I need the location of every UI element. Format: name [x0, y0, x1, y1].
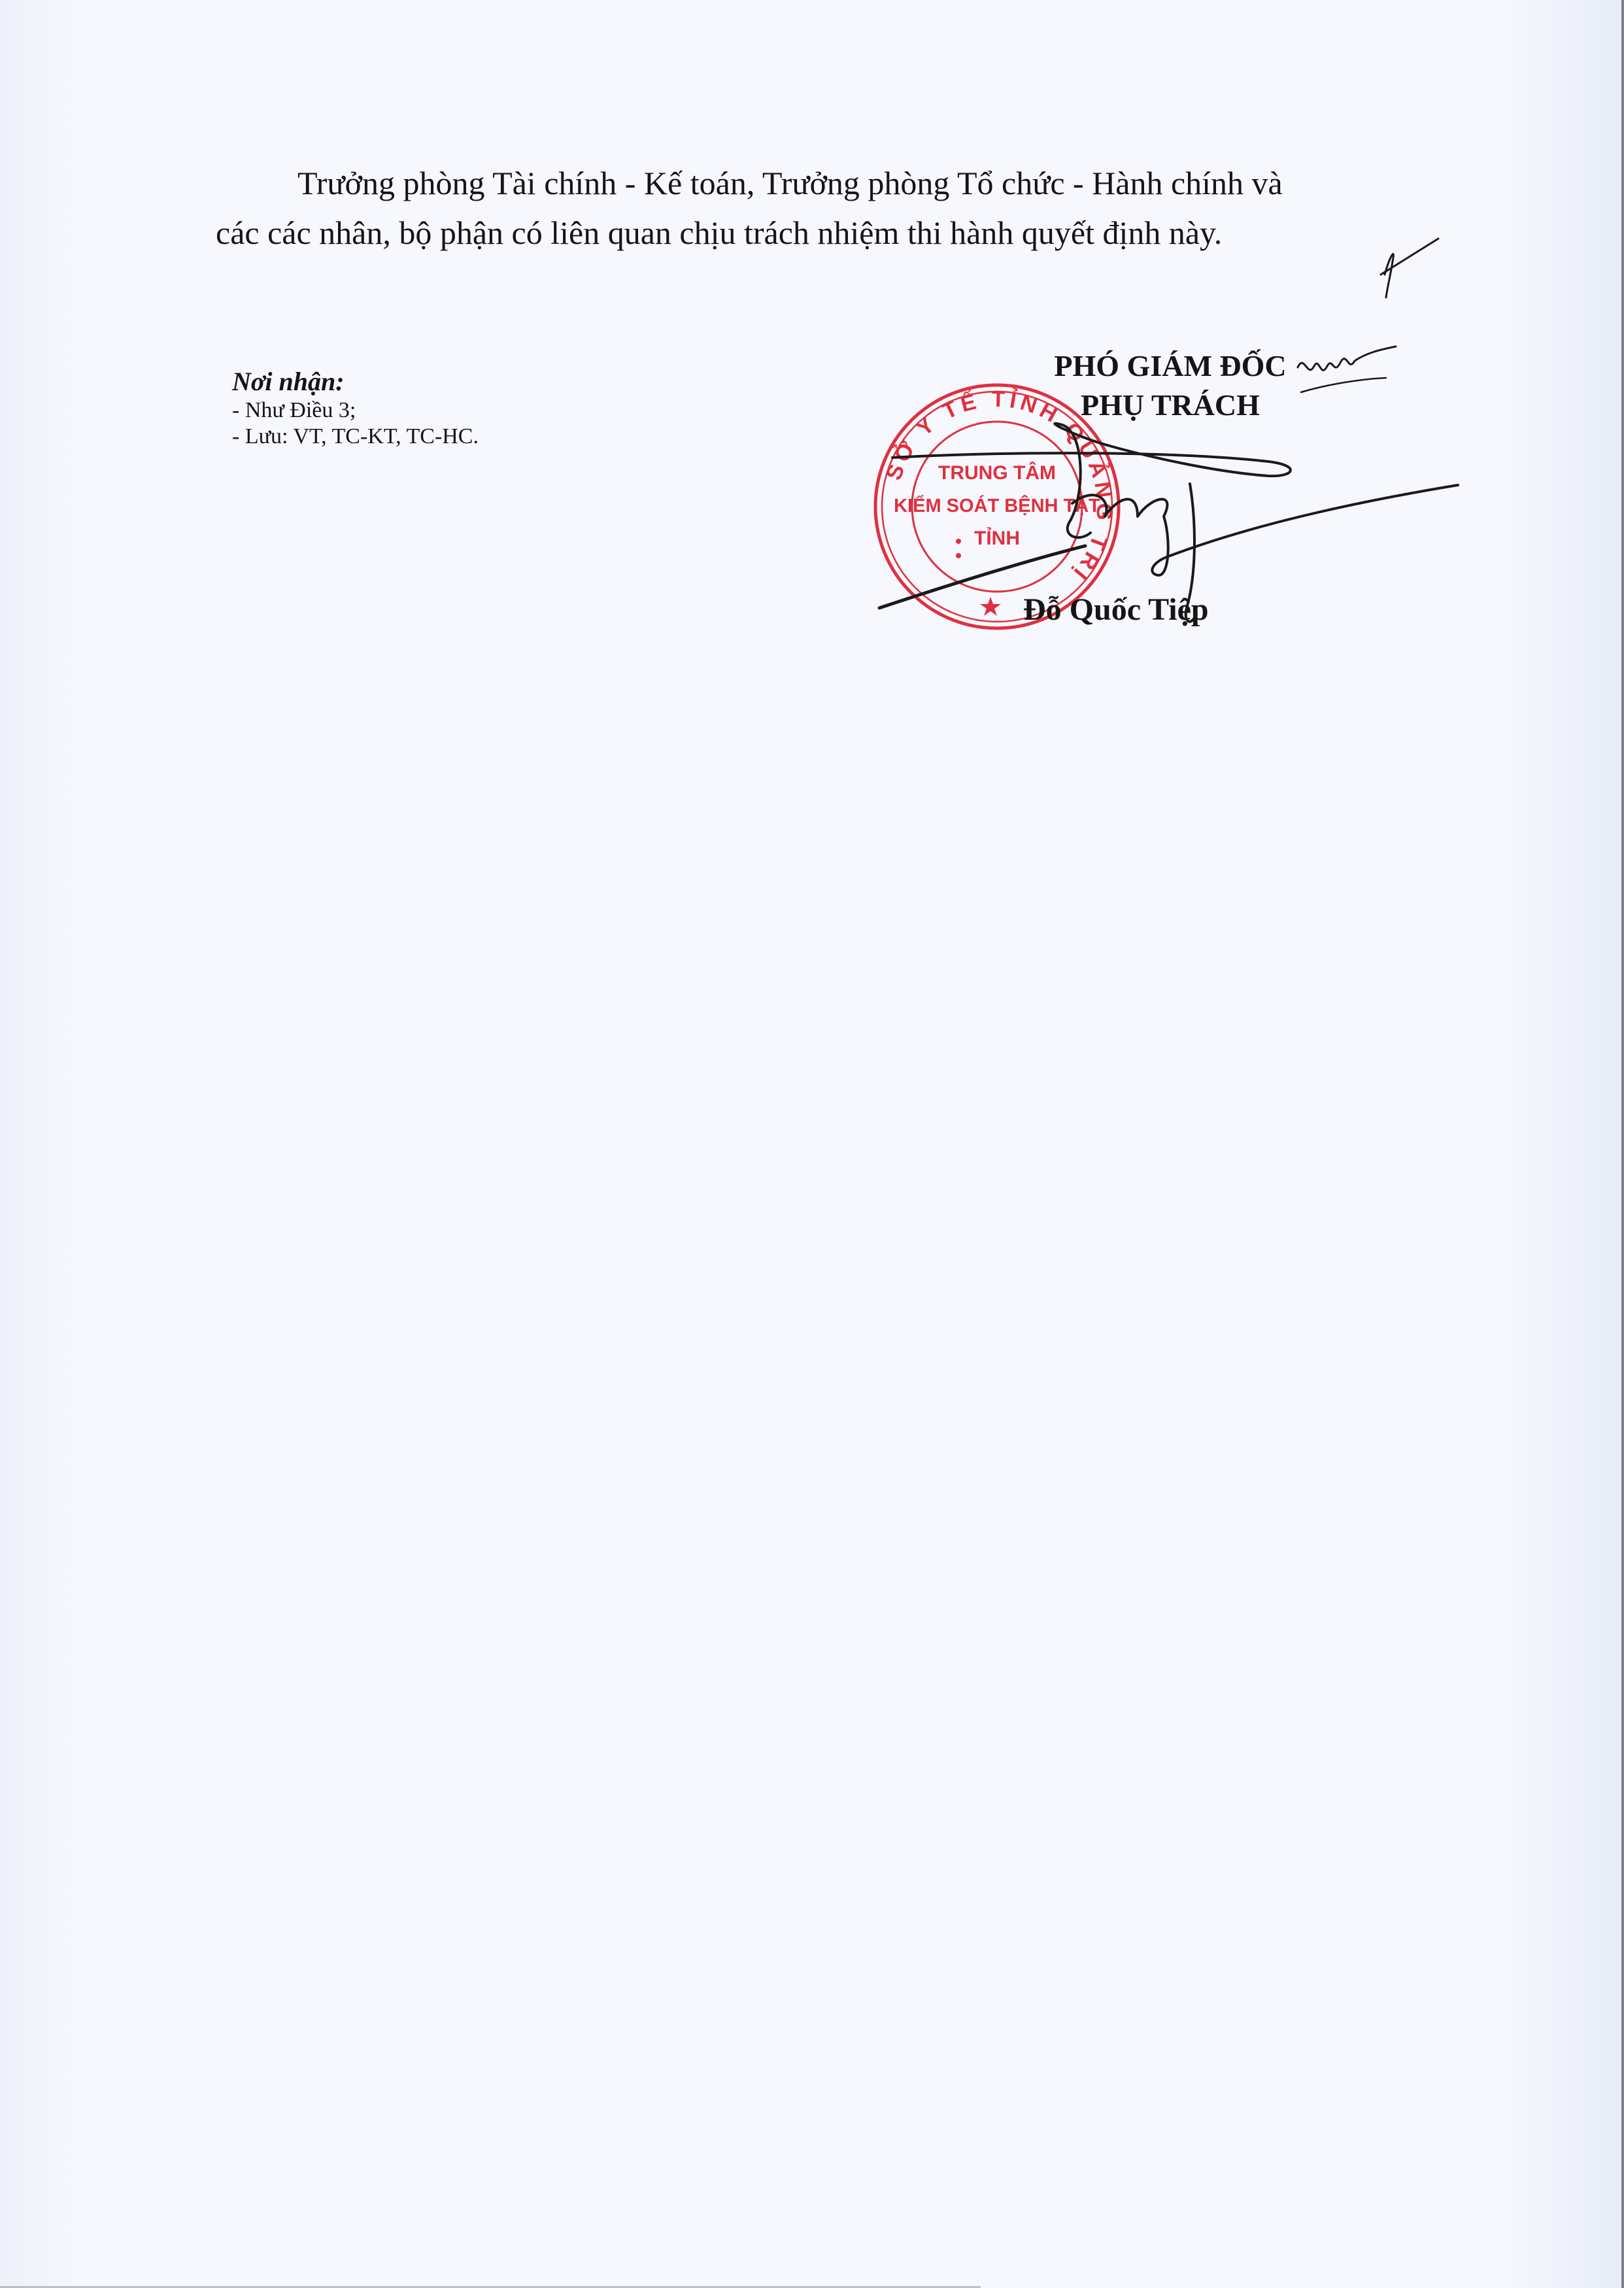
- seal-center-line-1: TRUNG TÂM: [938, 462, 1056, 484]
- recipient-item: - Như Điều 3;: [232, 397, 479, 424]
- signer-title-line-1: PHÓ GIÁM ĐỐC: [1020, 346, 1321, 386]
- signer-title-line-2: PHỤ TRÁCH: [1020, 386, 1321, 425]
- seal-star-icon: [980, 597, 1001, 616]
- signer-name: Đỗ Quốc Tiệp: [1023, 592, 1209, 628]
- paragraph-line-1: Trưởng phòng Tài chính - Kế toán, Trưởng…: [216, 158, 1464, 208]
- paragraph-line-2: các các nhân, bộ phận có liên quan chịu …: [216, 208, 1464, 258]
- closing-paragraph: Trưởng phòng Tài chính - Kế toán, Trưởng…: [216, 158, 1464, 258]
- seal-center-line-3: TỈNH: [974, 527, 1020, 549]
- handwritten-signature: [0, 0, 1624, 719]
- recipients-block: Nơi nhận: - Như Điều 3; - Lưu: VT, TC-KT…: [232, 366, 479, 450]
- recipients-title: Nơi nhận:: [232, 366, 479, 397]
- signer-block: PHÓ GIÁM ĐỐC PHỤ TRÁCH: [1020, 346, 1321, 425]
- seal-center-line-2: KIỂM SOÁT BỆNH TẬT: [894, 494, 1100, 516]
- scan-right-edge: [1621, 0, 1624, 2288]
- recipient-item: - Lưu: VT, TC-KT, TC-HC.: [232, 424, 479, 450]
